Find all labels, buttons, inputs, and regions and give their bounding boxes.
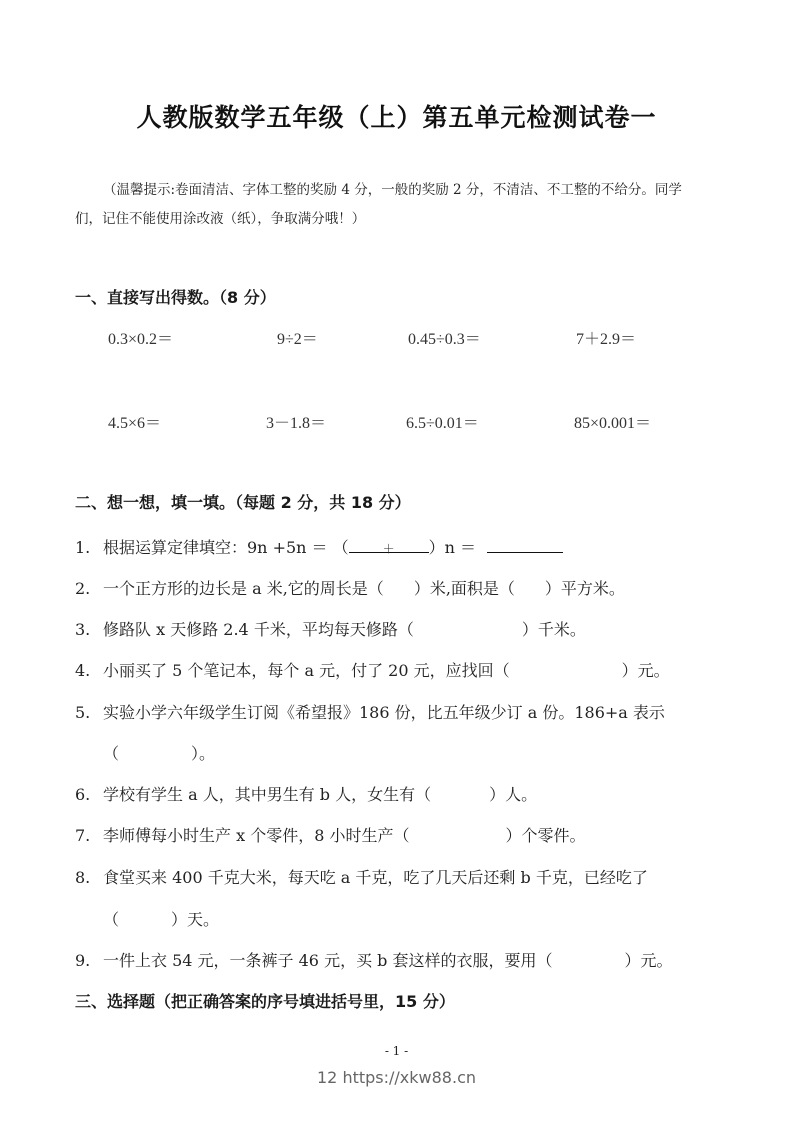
calc-item: 3－1.8＝ xyxy=(266,410,326,433)
question-8: 8.食堂买来 400 千克大米，每天吃 a 千克，吃了几天后还剩 b 千克，已经… xyxy=(75,865,648,888)
answer-blank[interactable]: ＋ xyxy=(349,538,429,553)
calc-item: 7＋2.9＝ xyxy=(576,326,636,349)
calc-item: 85×0.001＝ xyxy=(574,410,651,433)
question-1: 1.根据运算定律填空：9n +5n ＝ （＋）n ＝ xyxy=(75,535,563,558)
question-number: 7. xyxy=(75,826,103,845)
question-number: 1. xyxy=(75,538,103,557)
question-number: 2. xyxy=(75,579,103,598)
question-3: 3.修路队 x 天修路 2.4 千米，平均每天修路（）千米。 xyxy=(75,617,586,640)
question-8-answer: （）天。 xyxy=(103,907,219,930)
question-5-answer: （）。 xyxy=(103,741,215,764)
note-line-1: （温馨提示:卷面清洁、字体工整的奖励 4 分，一般的奖励 2 分，不清洁、不工整… xyxy=(103,178,682,198)
question-7: 7.李师傅每小时生产 x 个零件，8 小时生产（）个零件。 xyxy=(75,823,585,846)
section-2-heading: 二、想一想，填一填。（每题 2 分，共 18 分） xyxy=(75,490,411,513)
section-1-heading: 一、直接写出得数。（8 分） xyxy=(75,285,276,308)
page-number: - 1 - xyxy=(0,1044,793,1058)
question-2: 2.一个正方形的边长是 a 米,它的周长是（）米,面积是（）平方米。 xyxy=(75,576,625,599)
page-title: 人教版数学五年级（上）第五单元检测试卷一 xyxy=(0,98,793,134)
question-number: 3. xyxy=(75,620,103,639)
question-9: 9.一件上衣 54 元，一条裤子 46 元，买 b 套这样的衣服，要用（）元。 xyxy=(75,948,673,971)
watermark: 12 https://xkw88.cn xyxy=(0,1068,793,1087)
calc-item: 4.5×6＝ xyxy=(108,410,161,433)
calc-item: 0.3×0.2＝ xyxy=(108,326,173,349)
question-number: 5. xyxy=(75,703,103,722)
question-5: 5.实验小学六年级学生订阅《希望报》186 份，比五年级少订 a 份。186+a… xyxy=(75,700,665,723)
question-number: 8. xyxy=(75,868,103,887)
question-4: 4.小丽买了 5 个笔记本，每个 a 元，付了 20 元，应找回（）元。 xyxy=(75,658,670,681)
question-number: 4. xyxy=(75,661,103,680)
question-number: 9. xyxy=(75,951,103,970)
section-3-heading: 三、选择题（把正确答案的序号填进括号里，15 分） xyxy=(75,989,455,1012)
answer-blank[interactable] xyxy=(487,538,563,553)
calc-item: 9÷2＝ xyxy=(277,326,318,349)
note-line-2: 们，记住不能使用涂改液（纸），争取满分哦！） xyxy=(75,207,365,227)
question-number: 6. xyxy=(75,785,103,804)
calc-item: 0.45÷0.3＝ xyxy=(408,326,481,349)
calc-item: 6.5÷0.01＝ xyxy=(406,410,479,433)
question-6: 6.学校有学生 a 人，其中男生有 b 人，女生有（）人。 xyxy=(75,782,537,805)
